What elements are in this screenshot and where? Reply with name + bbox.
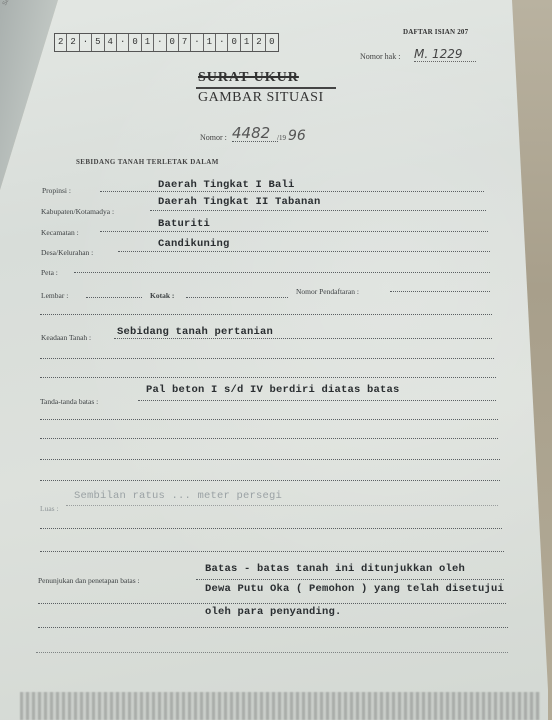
lembar-label: Lembar : — [41, 291, 68, 300]
reg-box: · — [80, 34, 92, 51]
dotted-line — [38, 603, 506, 604]
dotted-line — [74, 272, 490, 273]
dotted-line — [40, 419, 498, 420]
tanda-batas-value: Pal beton I s/d IV berdiri diatas batas — [146, 384, 400, 396]
dotted-line — [66, 505, 498, 506]
luas-value: Sembilan ratus ... meter persegi — [74, 490, 282, 502]
binding-text: Salinan Buku ... Cap — [2, 0, 33, 7]
kabupaten-value: Daerah Tingkat II Tabanan — [158, 196, 321, 208]
reg-box: · — [191, 34, 203, 51]
dotted-line — [40, 528, 502, 529]
reg-box: 2 — [55, 34, 67, 51]
reg-box: 0 — [129, 34, 141, 51]
reg-box: 4 — [105, 34, 117, 51]
penunjukan-line-3: oleh para penyanding. — [205, 606, 342, 618]
reg-box: 1 — [142, 34, 154, 51]
dotted-line — [390, 291, 490, 292]
penunjukan-line-1: Batas - batas tanah ini ditunjukkan oleh — [205, 563, 465, 575]
section-heading: SEBIDANG TANAH TERLETAK DALAM — [76, 158, 219, 166]
reg-box: 1 — [204, 34, 216, 51]
propinsi-value: Daerah Tingkat I Bali — [158, 179, 295, 191]
reg-box: 1 — [241, 34, 253, 51]
reg-box: 0 — [167, 34, 179, 51]
desa-value: Candikuning — [158, 238, 230, 250]
dotted-line — [100, 231, 488, 232]
dotted-line — [86, 297, 142, 298]
reg-box: 0 — [266, 34, 278, 51]
kecamatan-label: Kecamatan : — [41, 228, 79, 237]
reg-box: · — [216, 34, 228, 51]
reg-box: · — [154, 34, 166, 51]
nomor-value: 4482 — [232, 124, 270, 142]
propinsi-label: Propinsi : — [42, 186, 71, 195]
registration-number-boxes: 2 2 · 5 4 · 0 1 · 0 7 · 1 · 0 1 2 0 — [54, 33, 279, 52]
reg-box: 5 — [92, 34, 104, 51]
reg-box: 2 — [67, 34, 79, 51]
kecamatan-value: Baturiti — [158, 218, 210, 230]
dotted-line — [40, 459, 500, 460]
dotted-line — [38, 627, 508, 628]
dotted-line — [40, 438, 498, 439]
dotted-line — [40, 377, 496, 378]
document-subtitle: GAMBAR SITUASI — [198, 90, 324, 106]
blurred-footer-text — [20, 692, 540, 720]
peta-label: Peta : — [41, 268, 58, 277]
dotted-line — [138, 400, 496, 401]
reg-box: · — [117, 34, 129, 51]
keadaan-tanah-value: Sebidang tanah pertanian — [117, 326, 273, 338]
tanda-batas-label: Tanda-tanda batas : — [40, 397, 98, 406]
luas-label: Luas : — [40, 504, 59, 513]
penunjukan-label: Penunjukan dan penetapan batas : — [38, 576, 140, 585]
dotted-line — [40, 480, 500, 481]
dotted-line — [118, 251, 490, 252]
form-code: DAFTAR ISIAN 207 — [403, 28, 468, 36]
dotted-line — [196, 579, 504, 580]
dotted-line — [40, 314, 492, 315]
document-title: SURAT UKUR — [198, 70, 299, 86]
dotted-line — [232, 141, 278, 142]
nomor-label: Nomor : — [200, 133, 227, 142]
dotted-line — [150, 210, 486, 211]
reg-box: 2 — [253, 34, 265, 51]
nomor-hak-value: M. 1229 — [414, 47, 476, 62]
penunjukan-line-2: Dewa Putu Oka ( Pemohon ) yang telah dis… — [205, 583, 504, 595]
nomor-year: 96 — [288, 128, 306, 144]
dotted-line — [114, 338, 492, 339]
dotted-line — [36, 652, 508, 653]
title-rule — [196, 87, 336, 89]
dotted-line — [100, 191, 484, 192]
reg-box: 7 — [179, 34, 191, 51]
kabupaten-label: Kabupaten/Kotamadya : — [41, 207, 114, 216]
dotted-line — [40, 358, 494, 359]
dotted-line — [186, 297, 288, 298]
nomor-year-prefix: /19 — [277, 134, 286, 142]
nomor-pendaftaran-label: Nomor Pendaftaran : — [296, 287, 359, 296]
dotted-line — [40, 551, 504, 552]
kotak-label: Kotak : — [150, 291, 174, 300]
desa-label: Desa/Kelurahan : — [41, 248, 93, 257]
keadaan-tanah-label: Keadaan Tanah : — [41, 333, 91, 342]
nomor-hak-label: Nomor hak : — [360, 52, 400, 61]
reg-box: 0 — [228, 34, 240, 51]
